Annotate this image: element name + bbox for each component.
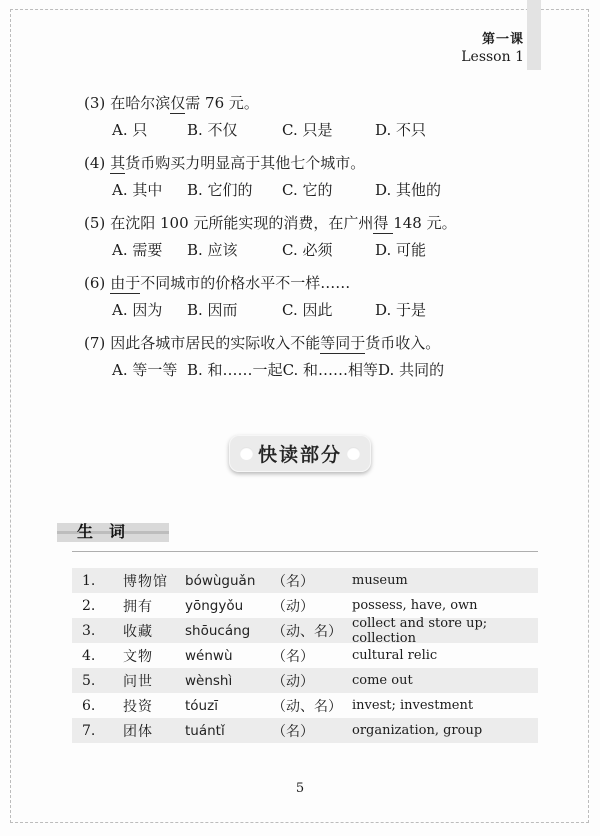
option-b: B. 和……一起 <box>187 357 283 384</box>
option-a: A. 等一等 <box>112 357 187 384</box>
vocab-pinyin: shōucáng <box>185 623 272 639</box>
vocab-word: 团体 <box>123 721 185 741</box>
vocab-row: 1.博物馆bówùguǎn（名）museum <box>72 568 538 593</box>
vocab-pinyin: bówùguǎn <box>185 573 272 589</box>
option-d: D. 于是 <box>375 297 426 324</box>
page-number: 5 <box>0 781 600 796</box>
vocab-meaning: possess, have, own <box>352 598 538 613</box>
vocab-pinyin: yōngyǒu <box>185 598 272 614</box>
vocab-row-number: 7. <box>82 723 123 739</box>
lesson-title-chinese: 第一课 <box>461 32 524 48</box>
question-number: (4) <box>84 154 105 172</box>
vocab-word: 拥有 <box>123 596 185 616</box>
vocab-title: 生 词 <box>77 521 125 543</box>
question: (4)其货币购买力明显高于其他七个城市。A. 其中B. 它们的C. 它的D. 其… <box>84 150 534 204</box>
stem-text: 货币收入。 <box>365 334 440 352</box>
vocab-word: 收藏 <box>123 621 185 641</box>
vocab-row: 6.投资tóuzī（动、名）invest; investment <box>72 693 538 718</box>
option-d: D. 可能 <box>375 237 426 264</box>
vocab-table: 1.博物馆bówùguǎn（名）museum2.拥有yōngyǒu（动）poss… <box>72 551 538 743</box>
option-d: D. 不只 <box>375 117 426 144</box>
vocab-meaning: come out <box>352 673 538 688</box>
question-stem: (5)在沈阳 100 元所能实现的消费，在广州得 148 元。 <box>84 210 534 237</box>
option-c: C. 必须 <box>282 237 375 264</box>
vocab-row: 3.收藏shōucáng（动、名）collect and store up; c… <box>72 618 538 643</box>
question-number: (3) <box>84 94 105 112</box>
vocab-part-of-speech: （动、名） <box>272 696 352 716</box>
option-d: D. 共同的 <box>378 357 444 384</box>
option-a: A. 只 <box>112 117 187 144</box>
lesson-title-english: Lesson 1 <box>461 48 524 67</box>
option-b: B. 不仅 <box>187 117 282 144</box>
question-options: A. 需要B. 应该C. 必须D. 可能 <box>84 237 534 264</box>
option-a: A. 需要 <box>112 237 187 264</box>
stem-underlined-word: 其 <box>110 154 125 174</box>
vocab-part-of-speech: （动） <box>272 596 352 616</box>
question-stem: (7)因此各城市居民的实际收入不能等同于货币收入。 <box>84 330 534 357</box>
stem-underlined-word: 等同于 <box>320 334 365 354</box>
section-badge: 快读部分 <box>229 435 371 472</box>
option-c: C. 它的 <box>282 177 375 204</box>
vocab-part-of-speech: （动、名） <box>272 621 352 641</box>
lesson-header: 第一课 Lesson 1 <box>461 32 524 67</box>
option-a: A. 因为 <box>112 297 187 324</box>
vocab-pinyin: wènshì <box>185 673 272 689</box>
question-number: (6) <box>84 274 105 292</box>
lesson-corner-tab <box>527 0 541 70</box>
question-options: A. 只B. 不仅C. 只是D. 不只 <box>84 117 534 144</box>
question-options: A. 因为B. 因而C. 因此D. 于是 <box>84 297 534 324</box>
vocab-row-number: 2. <box>82 598 123 614</box>
vocab-row: 7.团体tuántǐ（名）organization, group <box>72 718 538 743</box>
option-b: B. 应该 <box>187 237 282 264</box>
option-a: A. 其中 <box>112 177 187 204</box>
question-options: A. 等一等B. 和……一起C. 和……相等D. 共同的 <box>84 357 534 384</box>
vocab-row-number: 4. <box>82 648 123 664</box>
vocab-part-of-speech: （动） <box>272 671 352 691</box>
vocab-meaning: cultural relic <box>352 648 538 663</box>
questions-list: (3)在哈尔滨仅需 76 元。A. 只B. 不仅C. 只是D. 不只(4)其货币… <box>84 90 534 390</box>
vocab-row-number: 6. <box>82 698 123 714</box>
stem-text: 在哈尔滨 <box>110 94 170 112</box>
stem-text: 在沈阳 100 元所能实现的消费，在广州 <box>110 214 373 232</box>
question: (5)在沈阳 100 元所能实现的消费，在广州得 148 元。A. 需要B. 应… <box>84 210 534 264</box>
question-number: (7) <box>84 334 105 352</box>
vocab-word: 文物 <box>123 646 185 666</box>
stem-text: 148 元。 <box>393 214 456 232</box>
option-b: B. 因而 <box>187 297 282 324</box>
question-stem: (4)其货币购买力明显高于其他七个城市。 <box>84 150 534 177</box>
vocab-part-of-speech: （名） <box>272 571 352 591</box>
stem-underlined-word: 由于 <box>110 274 140 294</box>
badge-hole-right-icon <box>347 447 360 460</box>
stem-underlined-word: 仅 <box>170 94 185 114</box>
option-c: C. 因此 <box>282 297 375 324</box>
vocab-meaning: collect and store up; collection <box>352 616 538 646</box>
vocab-row-number: 5. <box>82 673 123 689</box>
question: (7)因此各城市居民的实际收入不能等同于货币收入。A. 等一等B. 和……一起C… <box>84 330 534 384</box>
question-stem: (6)由于不同城市的价格水平不一样…… <box>84 270 534 297</box>
vocab-header-bar: 生 词 <box>57 523 169 542</box>
option-c: C. 只是 <box>282 117 375 144</box>
vocab-meaning: museum <box>352 573 538 588</box>
question-number: (5) <box>84 214 105 232</box>
vocab-pinyin: tóuzī <box>185 698 272 714</box>
vocab-pinyin: tuántǐ <box>185 723 272 739</box>
stem-text: 货币购买力明显高于其他七个城市。 <box>125 154 365 172</box>
question: (3)在哈尔滨仅需 76 元。A. 只B. 不仅C. 只是D. 不只 <box>84 90 534 144</box>
vocab-top-rule <box>72 551 538 552</box>
stem-text: 因此各城市居民的实际收入不能 <box>110 334 320 352</box>
badge-hole-left-icon <box>240 447 253 460</box>
vocab-word: 投资 <box>123 696 185 716</box>
vocab-word: 博物馆 <box>123 571 185 591</box>
vocab-pinyin: wénwù <box>185 648 272 664</box>
option-c: C. 和……相等 <box>283 357 378 384</box>
stem-text: 不同城市的价格水平不一样…… <box>140 274 350 292</box>
vocab-part-of-speech: （名） <box>272 646 352 666</box>
question: (6)由于不同城市的价格水平不一样……A. 因为B. 因而C. 因此D. 于是 <box>84 270 534 324</box>
vocab-rows: 1.博物馆bówùguǎn（名）museum2.拥有yōngyǒu（动）poss… <box>72 568 538 743</box>
vocab-row-number: 3. <box>82 623 123 639</box>
stem-underlined-word: 得 <box>373 214 393 234</box>
option-d: D. 其他的 <box>375 177 441 204</box>
vocab-row: 5.问世wènshì（动）come out <box>72 668 538 693</box>
vocab-word: 问世 <box>123 671 185 691</box>
section-title: 快读部分 <box>258 440 342 467</box>
question-stem: (3)在哈尔滨仅需 76 元。 <box>84 90 534 117</box>
option-b: B. 它们的 <box>187 177 282 204</box>
vocab-row: 4.文物wénwù（名）cultural relic <box>72 643 538 668</box>
stem-text: 需 76 元。 <box>185 94 259 112</box>
vocab-row: 2.拥有yōngyǒu（动）possess, have, own <box>72 593 538 618</box>
vocab-row-number: 1. <box>82 573 123 589</box>
vocab-meaning: organization, group <box>352 723 538 738</box>
vocab-part-of-speech: （名） <box>272 721 352 741</box>
question-options: A. 其中B. 它们的C. 它的D. 其他的 <box>84 177 534 204</box>
vocab-meaning: invest; investment <box>352 698 538 713</box>
